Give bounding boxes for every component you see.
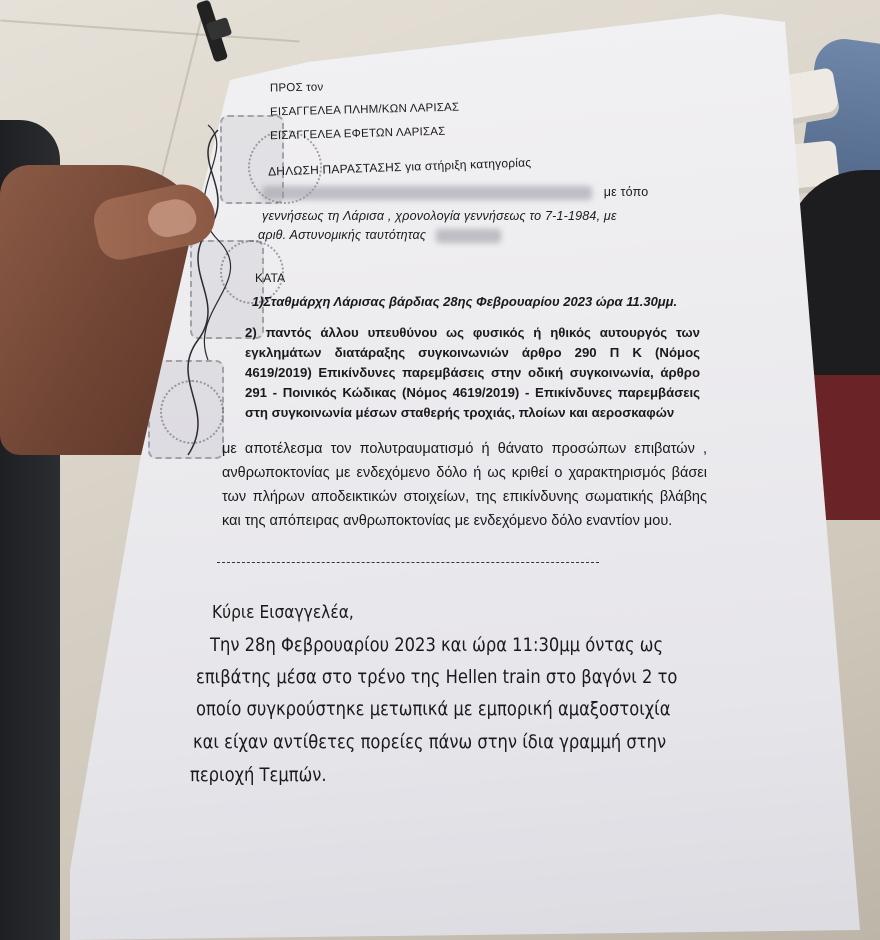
redacted-id-number <box>436 229 501 243</box>
against-label: ΚΑΤΑ <box>255 271 285 285</box>
addressee-line-1: ΠΡΟΣ τον <box>270 82 324 95</box>
letter-line-5: περιοχή Τεμπών. <box>190 760 327 790</box>
letter-line-1: Την 28η Φεβρουαρίου 2023 και ώρα 11:30μμ… <box>210 630 663 660</box>
id-card-label: αριθ. Αστυνομικής ταυτότητας <box>258 228 426 242</box>
salutation: Κύριε Εισαγγελέα, <box>212 598 354 628</box>
separator-line <box>217 562 599 563</box>
redacted-name <box>262 186 592 200</box>
identity-line-1: με τόπο <box>262 185 648 200</box>
letter-line-3: οποίο συγκρούστηκε μετωπικά με εμπορική … <box>196 694 670 724</box>
floor-tile-seam <box>0 20 299 43</box>
identity-line-3: αριθ. Αστυνομικής ταυτότητας <box>258 228 501 243</box>
charge-item-1: 1)Σταθμάρχη Λάρισας βάρδιας 28ης Φεβρουα… <box>252 292 677 312</box>
identity-line-2: γεννήσεως τη Λάρισα , χρονολογία γεννήσε… <box>262 209 617 223</box>
letter-line-4: και είχαν αντίθετες πορείες πάνω στην ίδ… <box>193 727 666 757</box>
charge-item-2: 2) παντός άλλου υπευθύνου ως φυσικός ή η… <box>245 323 700 423</box>
letter-line-2: επιβάτης μέσα στο τρένο της Hellen train… <box>196 662 677 692</box>
consequence-paragraph: με αποτέλεσμα τον πολυτραυματισμό ή θάνα… <box>222 437 707 533</box>
identity-line-1-suffix: με τόπο <box>604 185 649 199</box>
